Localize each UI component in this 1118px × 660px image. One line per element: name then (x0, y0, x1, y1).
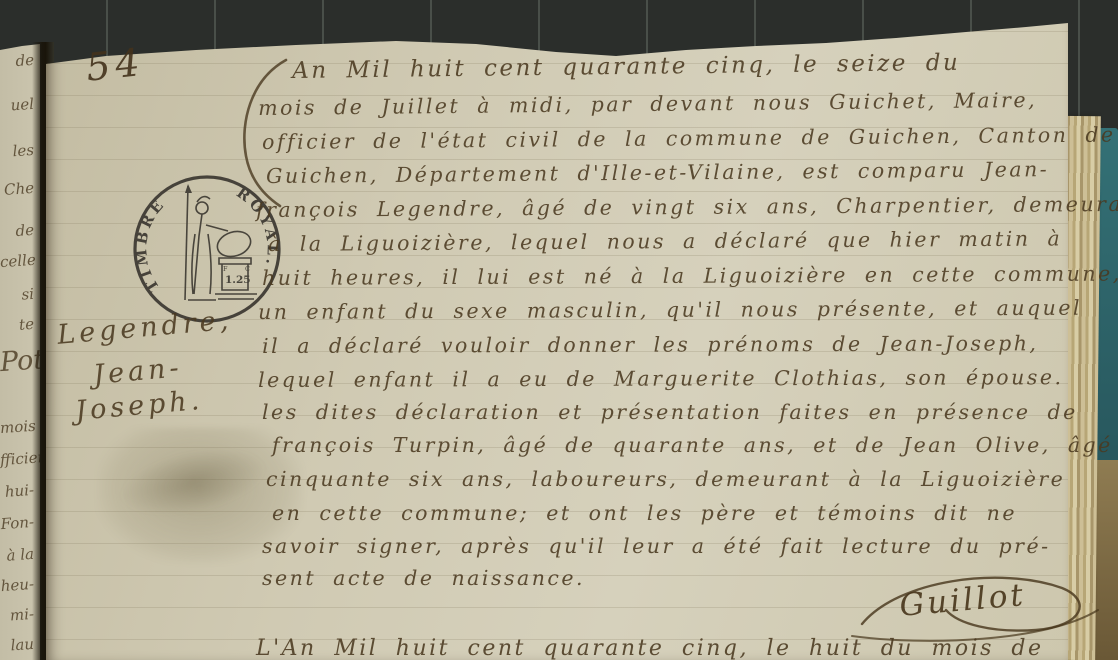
next-act-line: L'An Mil huit cent quarante cinq, le hui… (256, 636, 1044, 660)
page-fragment: lau (0, 635, 35, 655)
stamp-centime-mark: C (245, 265, 250, 273)
stamp-text-left: TIMBRE (132, 194, 169, 295)
page-fragment: heu- (0, 575, 35, 595)
act-line: sent acte de naissance. (262, 566, 585, 590)
act-line: en cette commune; et ont les père et tém… (272, 501, 1017, 525)
page-fragment: à la (0, 545, 35, 565)
register-scan: de uel les Che de celle si te Pot mois f… (0, 0, 1118, 660)
page-fragment: mois (0, 417, 35, 437)
act-line: il a déclaré vouloir donner les prénoms … (262, 331, 1038, 358)
page-fragment: Pot (0, 345, 35, 378)
act-line: huit heures, il lui est né à la Liguoizi… (262, 261, 1118, 290)
act-line: lequel enfant il a eu de Marguerite Clot… (258, 365, 1064, 392)
act-line: françois Turpin, âgé de quarante ans, et… (272, 433, 1118, 457)
page-fragment: de (0, 51, 35, 71)
stamp-denomination: 1.25 (225, 274, 251, 286)
page-fragment: te (0, 315, 35, 335)
page-fragment: de (0, 221, 35, 241)
page-fragment: si (0, 285, 35, 305)
page-fragment: Che (0, 179, 35, 199)
act-line: cinquante six ans, laboureurs, demeurant… (266, 467, 1065, 491)
act-number: 54 (84, 40, 147, 90)
page-fragment: uel (0, 95, 35, 115)
stamp-franc-mark: F (223, 265, 228, 273)
act-line: un enfant du sexe masculin, qu'il nous p… (258, 296, 1082, 324)
page-fragment: fficier (0, 449, 35, 469)
act-line: savoir signer, après qu'il leur a été fa… (262, 534, 1051, 558)
page-fragment: les (0, 141, 35, 161)
act-line: les dites déclaration et présentation fa… (262, 400, 1078, 424)
page-fragment: hui- (0, 481, 35, 501)
page-fragment: Fon- (0, 513, 35, 533)
page-fragment: mi- (0, 605, 35, 625)
page-fragment: celle (0, 251, 35, 271)
